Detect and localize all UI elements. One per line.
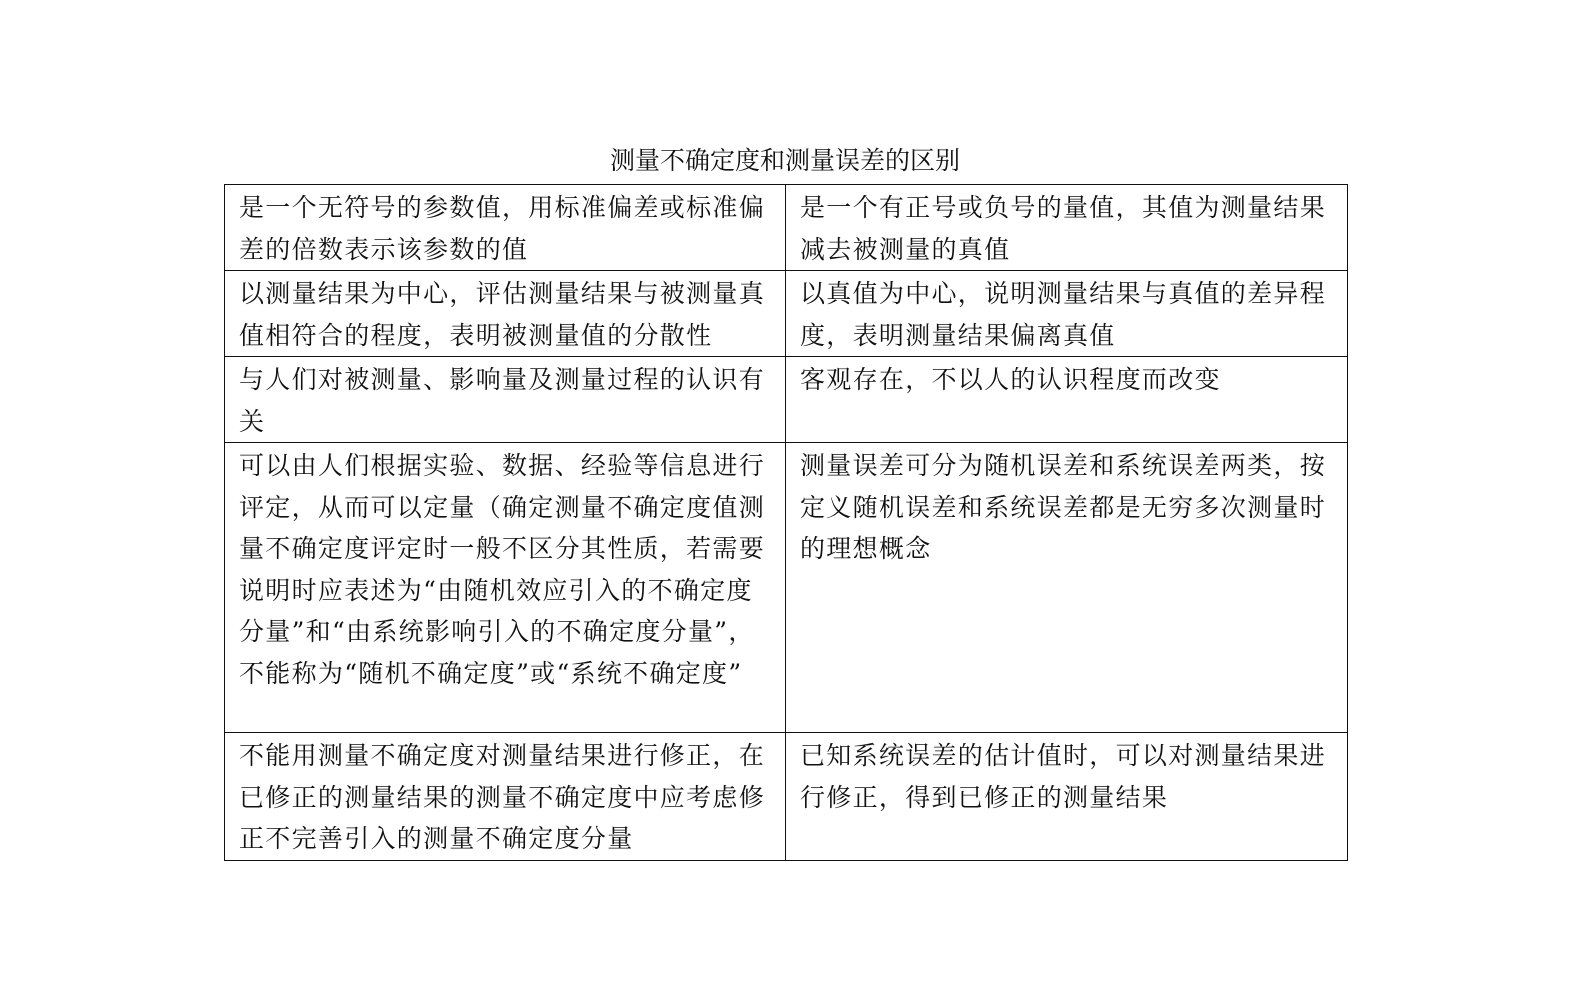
table-title: 测量不确定度和测量误差的区别 [224, 143, 1346, 179]
uncertainty-cell: 以测量结果为中心，评估测量结果与被测量真值相符合的程度，表明被测量值的分散性 [225, 271, 786, 357]
error-cell: 客观存在，不以人的认识程度而改变 [786, 357, 1348, 443]
table-row: 是一个无符号的参数值，用标准偏差或标准偏差的倍数表示该参数的值 是一个有正号或负… [225, 185, 1348, 271]
table-row: 可以由人们根据实验、数据、经验等信息进行评定，从而可以定量（确定测量不确定度值测… [225, 443, 1348, 733]
uncertainty-cell: 与人们对被测量、影响量及测量过程的认识有关 [225, 357, 786, 443]
table-row: 不能用测量不确定度对测量结果进行修正，在已修正的测量结果的测量不确定度中应考虑修… [225, 733, 1348, 861]
uncertainty-cell: 是一个无符号的参数值，用标准偏差或标准偏差的倍数表示该参数的值 [225, 185, 786, 271]
error-cell: 是一个有正号或负号的量值，其值为测量结果减去被测量的真值 [786, 185, 1348, 271]
uncertainty-cell: 可以由人们根据实验、数据、经验等信息进行评定，从而可以定量（确定测量不确定度值测… [225, 443, 786, 733]
error-cell: 以真值为中心，说明测量结果与真值的差异程度，表明测量结果偏离真值 [786, 271, 1348, 357]
table-row: 与人们对被测量、影响量及测量过程的认识有关 客观存在，不以人的认识程度而改变 [225, 357, 1348, 443]
table-row: 以测量结果为中心，评估测量结果与被测量真值相符合的程度，表明被测量值的分散性 以… [225, 271, 1348, 357]
uncertainty-cell: 不能用测量不确定度对测量结果进行修正，在已修正的测量结果的测量不确定度中应考虑修… [225, 733, 786, 861]
error-cell: 已知系统误差的估计值时，可以对测量结果进行修正，得到已修正的测量结果 [786, 733, 1348, 861]
comparison-table: 是一个无符号的参数值，用标准偏差或标准偏差的倍数表示该参数的值 是一个有正号或负… [224, 184, 1348, 861]
error-cell: 测量误差可分为随机误差和系统误差两类，按定义随机误差和系统误差都是无穷多次测量时… [786, 443, 1348, 733]
